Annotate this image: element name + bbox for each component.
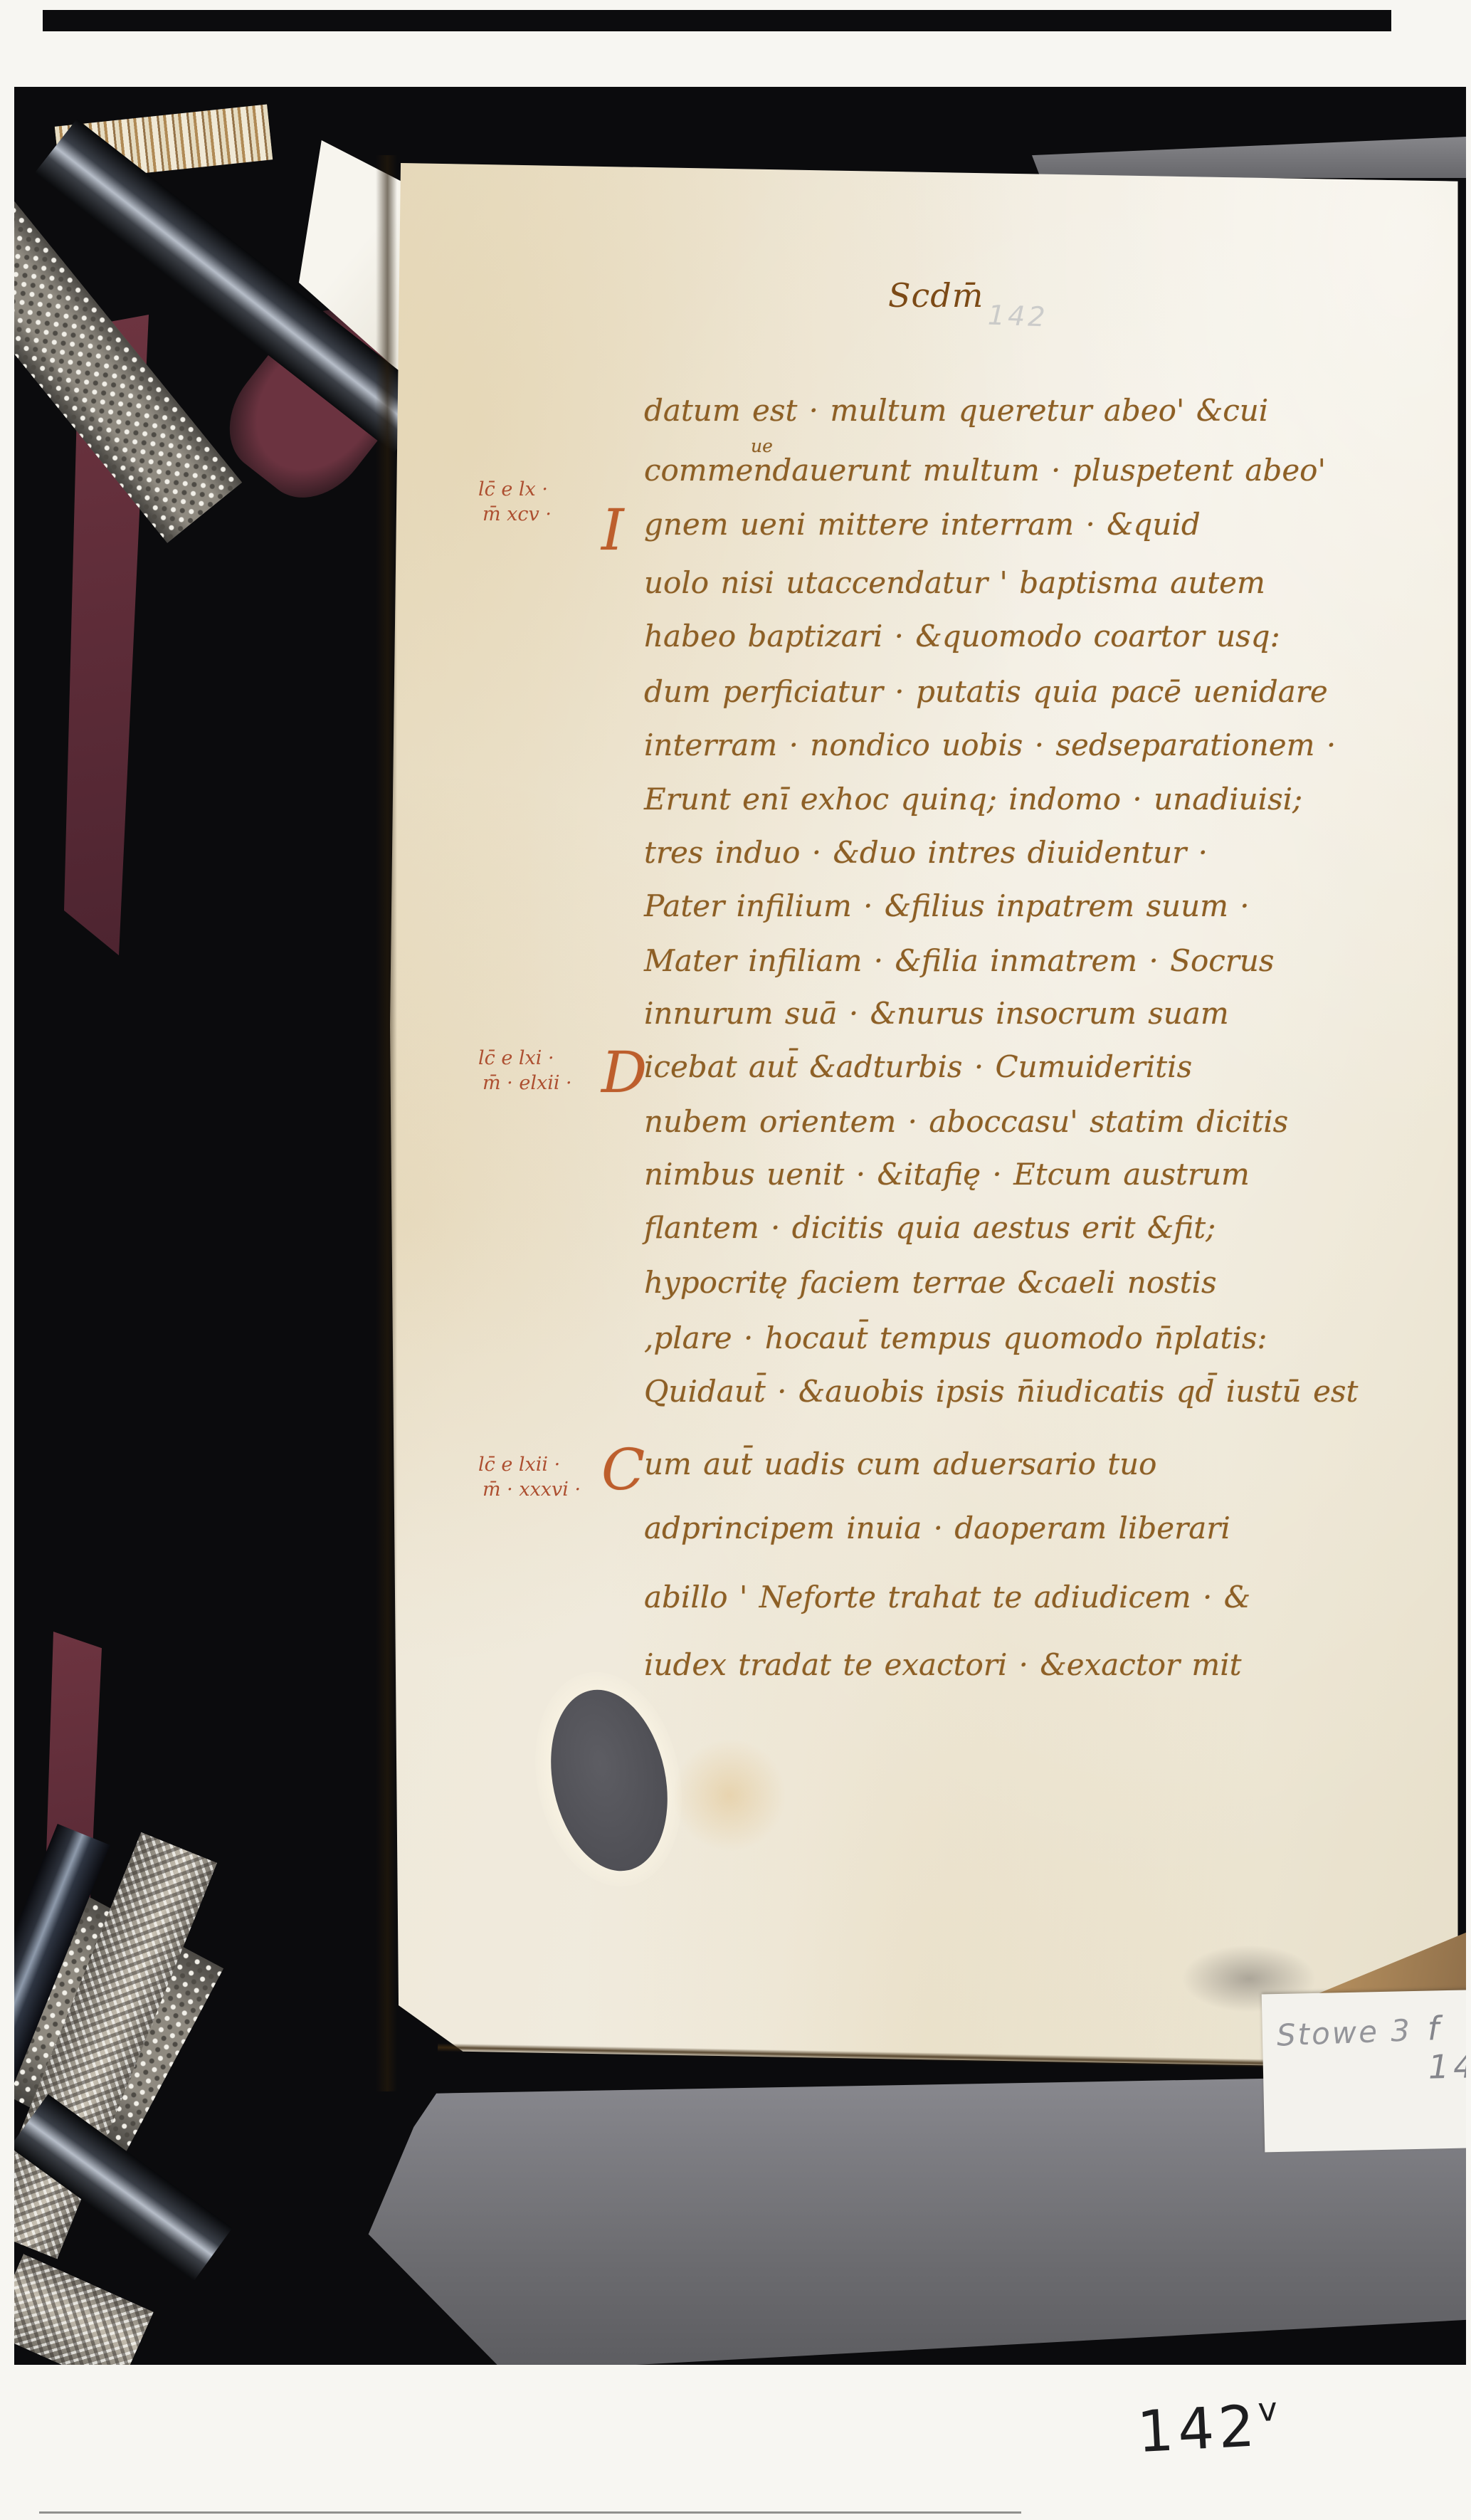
canon-note-line1: lc̄ e lxi · (478, 1047, 554, 1069)
line-text: ,plare · hocaut̄ tempus quomodo n̄platis… (644, 1321, 1267, 1355)
line-text: interram · nondico uobis · sedseparation… (644, 728, 1336, 762)
line-text: hypocritę faciem terrae &caeli nostis (644, 1265, 1217, 1300)
manuscript-text-line: flantem · dicitis quia aestus erit &fit; (644, 1210, 1216, 1261)
canon-note-line1: lc̄ e lxii · (478, 1454, 560, 1476)
shelfmark-suffix: f 14 (1427, 2008, 1466, 2086)
line-text: innurum suā · &nurus insocrum suam (644, 996, 1229, 1031)
line-text: nubem orientem · aboccasu' statim diciti… (644, 1104, 1288, 1139)
line-text: Quidaut̄ · &auobis ipsis n̄iudicatis qd̄… (644, 1374, 1358, 1409)
line-text: icebat aut̄ &adturbis · Cumuideritis (644, 1049, 1192, 1084)
gutter-shadow (376, 155, 397, 2091)
line-text: Mater infiliam · &filia inmatrem · Socru… (644, 943, 1274, 978)
line-text: Erunt enī exhoc quinq; indomo · unadiuis… (644, 782, 1302, 817)
scan-bottom-hairline (39, 2511, 1021, 2514)
versal-initial: C (601, 1437, 645, 1503)
manuscript-text-line: nimbus uenit · &itafię · Etcum austrum (644, 1157, 1250, 1208)
manuscript-text-line: dum perficiatur · putatis quia pacē ueni… (644, 674, 1328, 725)
backdrop-top-strip (1032, 137, 1466, 178)
interlinear-correction: ue (751, 436, 773, 456)
manuscript-text-line: ue commendauerunt multum · pluspetent ab… (644, 453, 1326, 504)
manuscript-text-line: abillo ' Neforte trahat te adiudicem · & (644, 1580, 1250, 1631)
folio-verso-mark: v (1257, 2390, 1278, 2429)
canon-reference-note: lc̄ e lxi · m̄ · elxii · (478, 1046, 621, 1096)
versal-initial: I (601, 497, 624, 563)
manuscript-text-line: hypocritę faciem terrae &caeli nostis (644, 1265, 1217, 1316)
manuscript-text-line: habeo baptizari · &quomodo coartor usq: (644, 619, 1280, 670)
line-text: adprincipem inuia · daoperam liberari (644, 1511, 1230, 1545)
folio-digits: 142 (1136, 2393, 1260, 2465)
line-text: iudex tradat te exactori · &exactor mit (644, 1647, 1242, 1682)
manuscript-text-line: innurum suā · &nurus insocrum suam (644, 996, 1229, 1047)
manuscript-text-line: I gnem ueni mittere interram · &quid (644, 507, 1201, 558)
silver-clasp-fragment (14, 2254, 154, 2365)
running-header: Scdm̄ (888, 276, 984, 315)
canon-reference-note: lc̄ e lx · m̄ xcv · (478, 477, 621, 527)
line-text: abillo ' Neforte trahat te adiudicem · & (644, 1580, 1250, 1615)
line-text: datum est · multum queretur abeo' &cui (644, 393, 1268, 428)
versal-initial: D (601, 1039, 647, 1106)
canon-note-line2: m̄ · xxxvi · (478, 1477, 621, 1502)
shelfmark-slip: Stowe 3 f 14 (1262, 1990, 1466, 2153)
manuscript-text-line: nubem orientem · aboccasu' statim diciti… (644, 1104, 1288, 1155)
manuscript-text-line: uolo nisi utaccendatur ' baptisma autem (644, 565, 1265, 616)
folio-number: 142v (1136, 2390, 1280, 2465)
manuscript-text-line: datum est · multum queretur abeo' &cui (644, 393, 1268, 444)
canon-note-line1: lc̄ e lx · (478, 478, 548, 500)
manuscript-text-line: Quidaut̄ · &auobis ipsis n̄iudicatis qd̄… (644, 1374, 1358, 1425)
line-text: dum perficiatur · putatis quia pacē ueni… (644, 674, 1328, 709)
photo-top-edge-band (43, 10, 1391, 31)
manuscript-text-line: tres induo · &duo intres diuidentur · (644, 835, 1208, 886)
line-text: um aut̄ uadis cum aduersario tuo (644, 1447, 1156, 1481)
manuscript-text-line: C um aut̄ uadis cum aduersario tuo (644, 1447, 1156, 1498)
canon-note-line2: m̄ xcv · (478, 502, 621, 527)
line-text: gnem ueni mittere interram · &quid (644, 507, 1201, 542)
scanned-photo-of-manuscript: { "document": { "description": "Photogra… (0, 0, 1471, 2520)
manuscript-text-line: Pater infilium · &filius inpatrem suum · (644, 888, 1250, 940)
line-text: nimbus uenit · &itafię · Etcum austrum (644, 1157, 1250, 1192)
pencil-foliation-mark: 142 (987, 300, 1048, 333)
manuscript-text-line: Erunt enī exhoc quinq; indomo · unadiuis… (644, 782, 1302, 833)
canon-reference-note: lc̄ e lxii · m̄ · xxxvi · (478, 1452, 621, 1502)
line-text: tres induo · &duo intres diuidentur · (644, 835, 1208, 870)
manuscript-text-line: Mater infiliam · &filia inmatrem · Socru… (644, 943, 1274, 994)
manuscript-text-line: iudex tradat te exactori · &exactor mit (644, 1647, 1242, 1699)
photograph-area: Scdm̄ 142 lc̄ e lx · m̄ xcv · lc̄ e lxi … (14, 87, 1466, 2365)
line-text: flantem · dicitis quia aestus erit &fit; (644, 1210, 1216, 1245)
line-text: habeo baptizari · &quomodo coartor usq: (644, 619, 1280, 653)
manuscript-text-line: D icebat aut̄ &adturbis · Cumuideritis (644, 1049, 1192, 1101)
manuscript-text-line: ,plare · hocaut̄ tempus quomodo n̄platis… (644, 1321, 1267, 1372)
line-text: commendauerunt multum · pluspetent abeo' (644, 453, 1326, 488)
shelfmark-text: Stowe 3 (1276, 2012, 1413, 2052)
manuscript-text-line: interram · nondico uobis · sedseparation… (644, 728, 1336, 779)
line-text: uolo nisi utaccendatur ' baptisma autem (644, 565, 1265, 600)
line-text: Pater infilium · &filius inpatrem suum · (644, 888, 1250, 923)
manuscript-text-line: adprincipem inuia · daoperam liberari (644, 1511, 1230, 1562)
canon-note-line2: m̄ · elxii · (478, 1071, 621, 1096)
parchment-stain (673, 1738, 786, 1852)
